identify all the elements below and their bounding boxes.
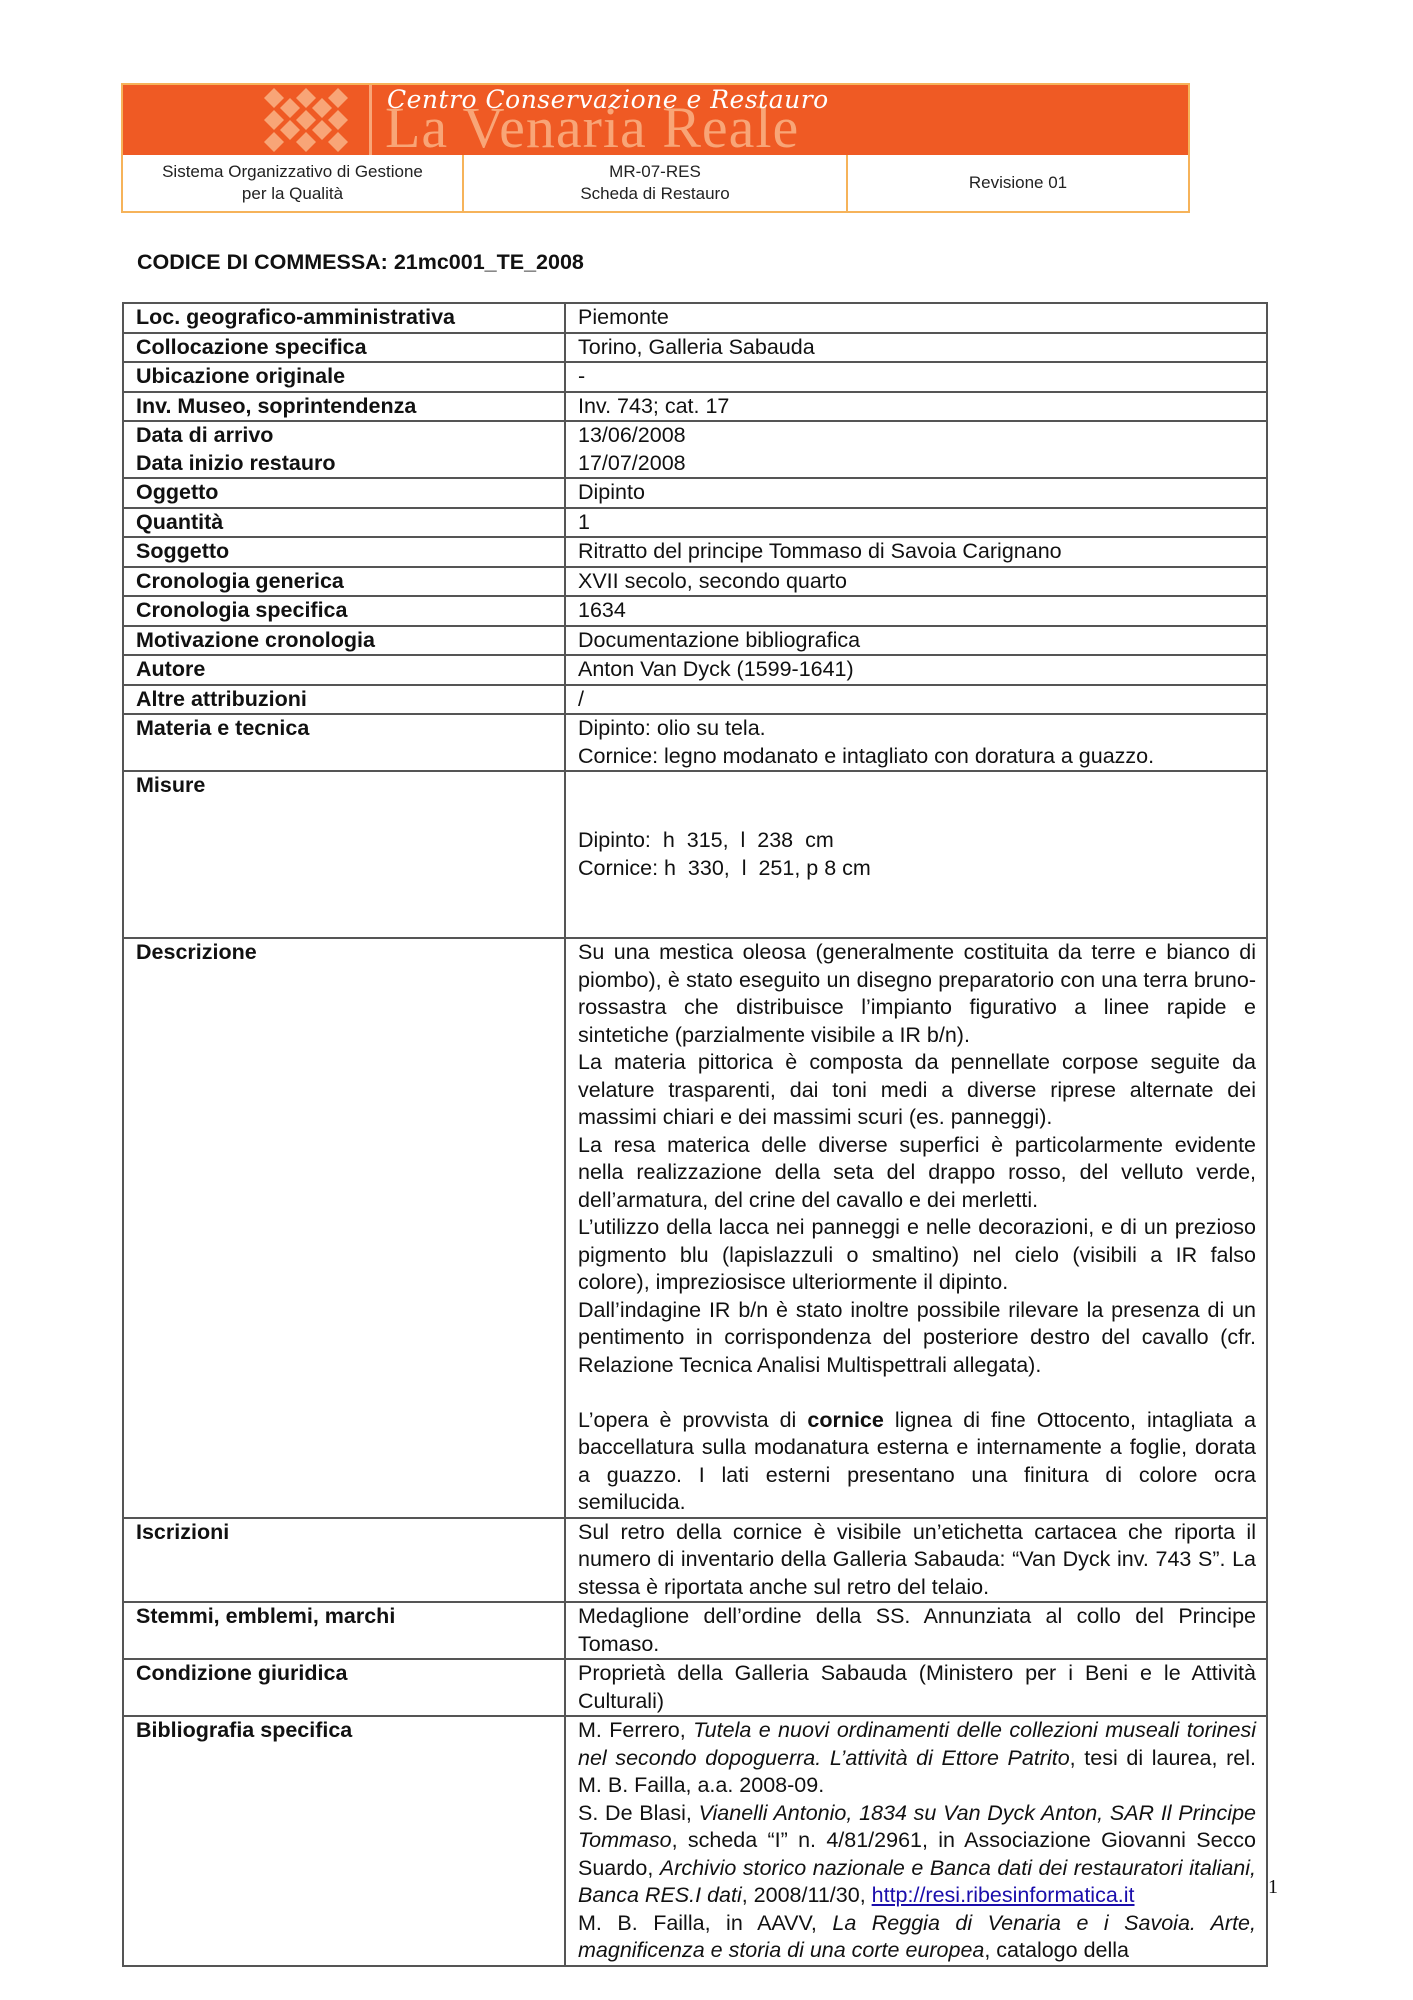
- description-paragraph-frame: L’opera è provvista di cornice lignea di…: [578, 1407, 1256, 1517]
- table-row: Quantità 1: [123, 508, 1267, 538]
- text-run: , catalogo della: [984, 1938, 1129, 1962]
- form-code-cell: MR-07-RES Scheda di Restauro: [464, 155, 848, 211]
- revision-cell: Revisione 01: [848, 155, 1188, 211]
- frame-dimensions: Cornice: h 330, l 251, p 8 cm: [578, 855, 1256, 883]
- row-value: 13/06/2008 17/07/2008: [565, 421, 1267, 478]
- arrival-date-label: Data di arrivo: [136, 422, 554, 450]
- page-number: 1: [1268, 1876, 1278, 1899]
- table-row: Descrizione Su una mestica oleosa (gener…: [123, 938, 1267, 1518]
- description-paragraph: L’utilizzo della lacca nei panneggi e ne…: [578, 1214, 1256, 1297]
- bibliography-entry: M. B. Failla, in AAVV, La Reggia di Vena…: [578, 1910, 1256, 1965]
- document-header: La Venaria Reale Centro Conservazione e …: [121, 83, 1190, 213]
- text-run: S. De Blasi,: [578, 1801, 699, 1825]
- row-value: Sul retro della cornice è visibile un’et…: [565, 1518, 1267, 1603]
- restoration-start-label: Data inizio restauro: [136, 450, 554, 478]
- row-label: Iscrizioni: [123, 1518, 565, 1603]
- table-row: Condizione giuridica Proprietà della Gal…: [123, 1659, 1267, 1716]
- resi-database-link[interactable]: http://resi.ribesinformatica.it: [872, 1883, 1135, 1907]
- restoration-record-table: Loc. geografico-amministrativa Piemonte …: [122, 302, 1268, 1967]
- text-run: M. Ferrero,: [578, 1718, 693, 1742]
- table-row: Misure Dipinto: h 315, l 238 cmCornice: …: [123, 771, 1267, 938]
- row-value: 1634: [565, 596, 1267, 626]
- row-label: Motivazione cronologia: [123, 626, 565, 656]
- bold-term: cornice: [807, 1408, 883, 1432]
- quality-system-cell: Sistema Organizzativo di Gestione per la…: [123, 155, 464, 211]
- row-label: Cronologia generica: [123, 567, 565, 597]
- table-row: Collocazione specifica Torino, Galleria …: [123, 333, 1267, 363]
- arrival-date: 13/06/2008: [578, 422, 1256, 450]
- diamond-grid-logo-icon: [258, 88, 354, 152]
- row-value: Documentazione bibliografica: [565, 626, 1267, 656]
- table-row: Stemmi, emblemi, marchi Medaglione dell’…: [123, 1602, 1267, 1659]
- frame-technique: Cornice: legno modanato e intagliato con…: [578, 743, 1256, 771]
- table-row: Data di arrivo Data inizio restauro 13/0…: [123, 421, 1267, 478]
- row-label: Bibliografia specifica: [123, 1716, 565, 1966]
- painting-technique: Dipinto: olio su tela.: [578, 715, 1256, 743]
- row-label: Cronologia specifica: [123, 596, 565, 626]
- painting-dimensions: Dipinto: h 315, l 238 cm: [578, 827, 1256, 855]
- row-label: Altre attribuzioni: [123, 685, 565, 715]
- row-label: Autore: [123, 655, 565, 685]
- row-label: Soggetto: [123, 537, 565, 567]
- row-value: Dipinto: [565, 478, 1267, 508]
- table-row: Inv. Museo, soprintendenza Inv. 743; cat…: [123, 392, 1267, 422]
- form-title: Scheda di Restauro: [580, 183, 729, 205]
- table-row: Materia e tecnica Dipinto: olio su tela.…: [123, 714, 1267, 771]
- row-label: Quantità: [123, 508, 565, 538]
- row-value: Dipinto: h 315, l 238 cmCornice: h 330, …: [565, 771, 1267, 938]
- quality-system-line1: Sistema Organizzativo di Gestione: [162, 161, 423, 183]
- row-label: Misure: [123, 771, 565, 938]
- text-run: , 2008/11/30,: [742, 1883, 872, 1907]
- row-value: Proprietà della Galleria Sabauda (Minist…: [565, 1659, 1267, 1716]
- row-value: 1: [565, 508, 1267, 538]
- row-value: Medaglione dell’ordine della SS. Annunzi…: [565, 1602, 1267, 1659]
- table-row: Oggetto Dipinto: [123, 478, 1267, 508]
- job-code: CODICE DI COMMESSA: 21mc001_TE_2008: [137, 250, 584, 275]
- row-value: Torino, Galleria Sabauda: [565, 333, 1267, 363]
- table-row: Cronologia generica XVII secolo, secondo…: [123, 567, 1267, 597]
- quality-system-line2: per la Qualità: [162, 183, 423, 205]
- row-value: Piemonte: [565, 303, 1267, 333]
- row-value: Ritratto del principe Tommaso di Savoia …: [565, 537, 1267, 567]
- bibliography-entry: S. De Blasi, Vianelli Antonio, 1834 su V…: [578, 1800, 1256, 1910]
- row-label: Materia e tecnica: [123, 714, 565, 771]
- description-paragraph: La materia pittorica è composta da penne…: [578, 1049, 1256, 1132]
- table-row: Ubicazione originale -: [123, 362, 1267, 392]
- table-row: Motivazione cronologia Documentazione bi…: [123, 626, 1267, 656]
- row-value: M. Ferrero, Tutela e nuovi ordinamenti d…: [565, 1716, 1267, 1966]
- banner-divider: [369, 85, 372, 155]
- table-row: Autore Anton Van Dyck (1599-1641): [123, 655, 1267, 685]
- table-row: Soggetto Ritratto del principe Tommaso d…: [123, 537, 1267, 567]
- paragraph-spacer: [578, 1379, 1256, 1407]
- row-value: /: [565, 685, 1267, 715]
- table-row: Cronologia specifica 1634: [123, 596, 1267, 626]
- row-value: Su una mestica oleosa (generalmente cost…: [565, 938, 1267, 1518]
- description-paragraph: La resa materica delle diverse superfici…: [578, 1132, 1256, 1215]
- table-row: Altre attribuzioni /: [123, 685, 1267, 715]
- row-value: Dipinto: olio su tela. Cornice: legno mo…: [565, 714, 1267, 771]
- institution-banner: La Venaria Reale Centro Conservazione e …: [123, 85, 1188, 155]
- row-value: -: [565, 362, 1267, 392]
- row-value: Inv. 743; cat. 17: [565, 392, 1267, 422]
- table-row: Iscrizioni Sul retro della cornice è vis…: [123, 1518, 1267, 1603]
- header-info-row: Sistema Organizzativo di Gestione per la…: [123, 155, 1188, 211]
- row-label: Ubicazione originale: [123, 362, 565, 392]
- form-code: MR-07-RES: [580, 161, 729, 183]
- row-label: Oggetto: [123, 478, 565, 508]
- description-paragraph: Su una mestica oleosa (generalmente cost…: [578, 939, 1256, 1049]
- row-label: Stemmi, emblemi, marchi: [123, 1602, 565, 1659]
- row-label: Data di arrivo Data inizio restauro: [123, 421, 565, 478]
- table-row: Bibliografia specifica M. Ferrero, Tutel…: [123, 1716, 1267, 1966]
- description-paragraph: Dall’indagine IR b/n è stato inoltre pos…: [578, 1297, 1256, 1380]
- row-label: Loc. geografico-amministrativa: [123, 303, 565, 333]
- row-label: Inv. Museo, soprintendenza: [123, 392, 565, 422]
- table-row: Loc. geografico-amministrativa Piemonte: [123, 303, 1267, 333]
- text-run: M. B. Failla, in AAVV,: [578, 1911, 832, 1935]
- row-value: Anton Van Dyck (1599-1641): [565, 655, 1267, 685]
- text-run: L’opera è provvista di: [578, 1408, 807, 1432]
- row-label: Descrizione: [123, 938, 565, 1518]
- restoration-start-date: 17/07/2008: [578, 450, 1256, 478]
- bibliography-entry: M. Ferrero, Tutela e nuovi ordinamenti d…: [578, 1717, 1256, 1800]
- banner-subtitle: Centro Conservazione e Restauro: [387, 85, 829, 114]
- row-label: Collocazione specifica: [123, 333, 565, 363]
- row-label: Condizione giuridica: [123, 1659, 565, 1716]
- row-value: XVII secolo, secondo quarto: [565, 567, 1267, 597]
